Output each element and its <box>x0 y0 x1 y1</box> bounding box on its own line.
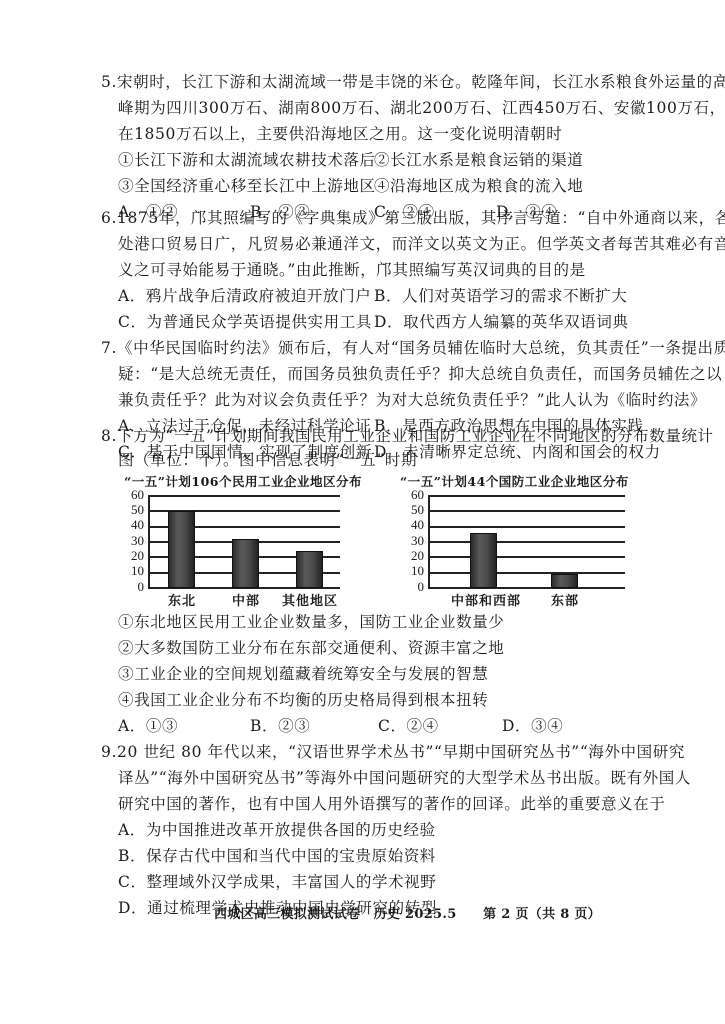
gridline <box>428 495 625 497</box>
gridline <box>428 541 625 543</box>
bar-qita <box>296 551 323 588</box>
bar-dongbei <box>168 511 195 588</box>
question-number: 7. <box>101 339 117 357</box>
question-9-line-3: 研究中国的著作，也有中国人用外语撰写的著作的回译。此举的重要意义在于 <box>118 794 665 814</box>
option-c[interactable]: C．②④ <box>378 716 439 736</box>
statement-3: ③全国经济重心移至长江中上游地区 <box>118 176 376 196</box>
question-6-line-2: 处港口贸易日广，凡贸易必兼通洋文，而洋文以英文为正。但学英文者每苦其难必有音 <box>118 234 725 254</box>
statement-1: ①东北地区民用工业企业数量多，国防工业企业数量少 <box>118 612 504 632</box>
gridline <box>428 510 625 512</box>
option-b[interactable]: B．保存古代中国和当代中国的宝贵原始资料 <box>118 846 436 866</box>
question-number: 9. <box>101 743 117 761</box>
question-number: 8. <box>101 427 117 445</box>
statement-3: ③工业企业的空间规划蕴藏着统筹安全与发展的智慧 <box>118 664 488 684</box>
x-axis <box>428 587 625 589</box>
statement-1: ①长江下游和太湖流域农耕技术落后 <box>118 150 376 170</box>
question-number: 5. <box>101 73 117 91</box>
option-c[interactable]: C．为普通民众学英语提供实用工具 <box>118 312 372 332</box>
gridline <box>148 495 340 497</box>
question-7-line-3: 兼负责任乎？此为对议会负责任乎？为对大总统负责任乎？”此人认为《临时约法》 <box>118 390 706 410</box>
bar-zhongbu <box>232 539 259 588</box>
bar-zhongxibu <box>470 533 497 588</box>
gridline <box>428 556 625 558</box>
statement-2: ②长江水系是粮食运销的渠道 <box>374 150 583 170</box>
question-8-line-1: 8.下方为“一五”计划期间我国民用工业企业和国防工业企业在不同地区的分布数量统计 <box>101 426 714 446</box>
option-d[interactable]: D．取代西方人编纂的英华双语词典 <box>374 312 629 332</box>
option-a[interactable]: A．①③ <box>118 716 178 736</box>
statement-4: ④我国工业企业分布不均衡的历史格局得到根本扭转 <box>118 690 488 710</box>
question-6-line-1: 6.1875年，邝其照编写的《字典集成》第三版出版，其序言写道：“自中外通商以来… <box>101 208 725 228</box>
gridline <box>428 526 625 528</box>
bar-dongbu <box>551 574 578 588</box>
question-number: 6. <box>101 209 117 227</box>
option-a[interactable]: A．为中国推进改革开放提供各国的历史经验 <box>118 820 436 840</box>
question-8-line-2: 图（单位：个）。图中信息表明“一五”时期 <box>118 450 417 470</box>
gridline <box>428 572 625 574</box>
question-7-line-2: 疑：“是大总统无责任，而国务员独负责任乎？抑大总统自负责任，而国务员辅佐之以 <box>118 364 722 384</box>
question-5-line-1: 5.宋朝时，长江下游和太湖流域一带是丰饶的米仓。乾隆年间，长江水系粮食外运量的高 <box>101 72 725 92</box>
question-6-line-3: 义之可寻始能易于通晓。”由此推断，邝其照编写英汉词典的目的是 <box>118 260 586 280</box>
chart-title: “一五”计划106个民用工业企业地区分布 <box>124 472 362 490</box>
option-b[interactable]: B．②③ <box>250 716 310 736</box>
exam-page: 5.宋朝时，长江下游和太湖流域一带是丰饶的米仓。乾隆年间，长江水系粮食外运量的高… <box>0 0 725 1024</box>
statement-2: ②大多数国防工业分布在东部交通便利、资源丰富之地 <box>118 638 504 658</box>
question-9-line-1: 9.20 世纪 80 年代以来，“汉语世界学术丛书”“早期中国研究丛书”“海外中… <box>101 742 685 762</box>
option-a[interactable]: A．鸦片战争后清政府被迫开放门户 <box>118 286 371 306</box>
option-b[interactable]: B．人们对英语学习的需求不断扩大 <box>374 286 628 306</box>
chart-title: “一五”计划44个国防工业企业地区分布 <box>400 472 629 490</box>
option-d[interactable]: D．③④ <box>502 716 563 736</box>
question-5-line-3: 在1850万石以上，主要供沿海地区之用。这一变化说明清朝时 <box>118 124 562 144</box>
page-footer: 西城区高三模拟测试试卷 历史 2025.5 第 2 页（共 8 页） <box>214 903 601 922</box>
option-c[interactable]: C．整理域外汉学成果，丰富国人的学术视野 <box>118 872 436 892</box>
question-7-line-1: 7.《中华民国临时约法》颁布后，有人对“国务员辅佐临时大总统，负其责任”一条提出… <box>101 338 725 358</box>
question-9-line-2: 译丛”“海外中国研究丛书”等海外中国问题研究的大型学术丛书出版。既有外国人 <box>118 768 691 788</box>
statement-4: ④沿海地区成为粮食的流入地 <box>374 176 583 196</box>
question-5-line-2: 峰期为四川300万石、湖南800万石、湖北200万石、江西450万石、安徽100… <box>118 98 725 118</box>
